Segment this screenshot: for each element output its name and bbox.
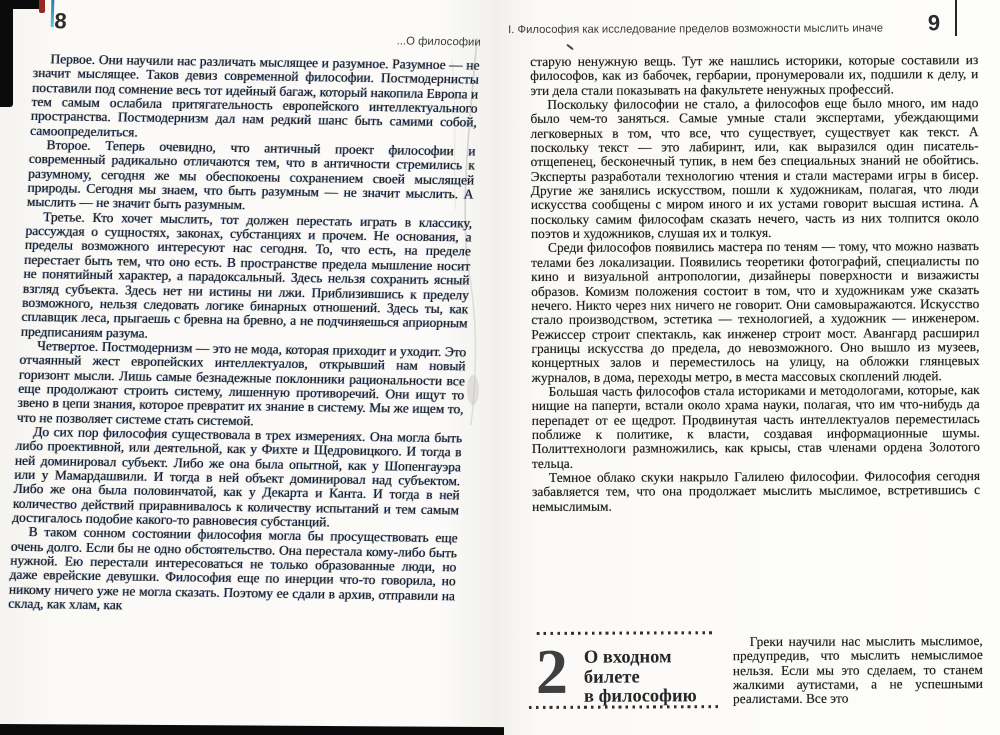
scan-corner-mark (0, 0, 39, 9)
chapter-title-line: в философию (584, 687, 697, 707)
body-paragraph: Четвертое. Постмодернизм — это не мода, … (17, 339, 467, 432)
body-paragraph: Темное облако скуки накрыло Галилею фило… (532, 469, 980, 514)
body-paragraph: Третье. Кто хочет мыслить, тот должен пе… (21, 210, 473, 346)
dotted-rule-top (537, 631, 715, 635)
left-page-number: 8 (54, 8, 67, 34)
body-paragraph: Второе. Теперь очевидно, что античный пр… (27, 138, 476, 216)
chapter-intro-column: Греки научили нас мыслить мыслимое, пред… (733, 634, 983, 707)
right-running-header: I. Философия как исследование пределов в… (508, 22, 883, 36)
left-page: 8 ...О философии Первое. Они научили нас… (2, 8, 482, 735)
chapter-number: 2 (536, 644, 568, 700)
chapter-title: О входном билете в философию (584, 648, 697, 707)
right-page-text: старую ненужную вещь. Тут же нашлись ист… (530, 53, 980, 514)
left-page-text: Первое. Они научили нас различать мыслящ… (8, 52, 480, 618)
chapter-title-line: билете (584, 668, 697, 688)
book-scan: 8 ...О философии Первое. Они научили нас… (0, 0, 1000, 735)
body-paragraph: Греки научили нас мыслить мыслимое, пред… (733, 634, 983, 707)
body-paragraph: Среди философов появились мастера по тен… (531, 240, 980, 385)
dotted-rule-bottom (529, 705, 721, 709)
body-paragraph: Большая часть философов стала историками… (532, 383, 980, 471)
scan-bottom-band (0, 724, 504, 735)
right-page: 9 I. Философия как исследование пределов… (528, 8, 981, 734)
scan-edge-strip (0, 0, 13, 107)
body-paragraph: Поскольку философии не стало, а философо… (530, 96, 979, 241)
red-registration-mark (39, 0, 45, 13)
body-paragraph: В таком сонном состоянии философия могла… (8, 525, 458, 618)
right-page-number: 9 (928, 10, 940, 36)
chapter-title-line: О входном (584, 648, 697, 668)
page-edge-line (955, 0, 957, 36)
left-running-header: ...О философии (396, 35, 480, 48)
body-paragraph: старую ненужную вещь. Тут же нашлись ист… (530, 53, 978, 98)
body-paragraph: Первое. Они научили нас различать мыслящ… (30, 52, 480, 145)
body-paragraph: До сих пор философия существовала в трех… (12, 425, 463, 532)
chapter-heading-block: 2 О входном билете в философию Греки нау… (531, 630, 981, 732)
